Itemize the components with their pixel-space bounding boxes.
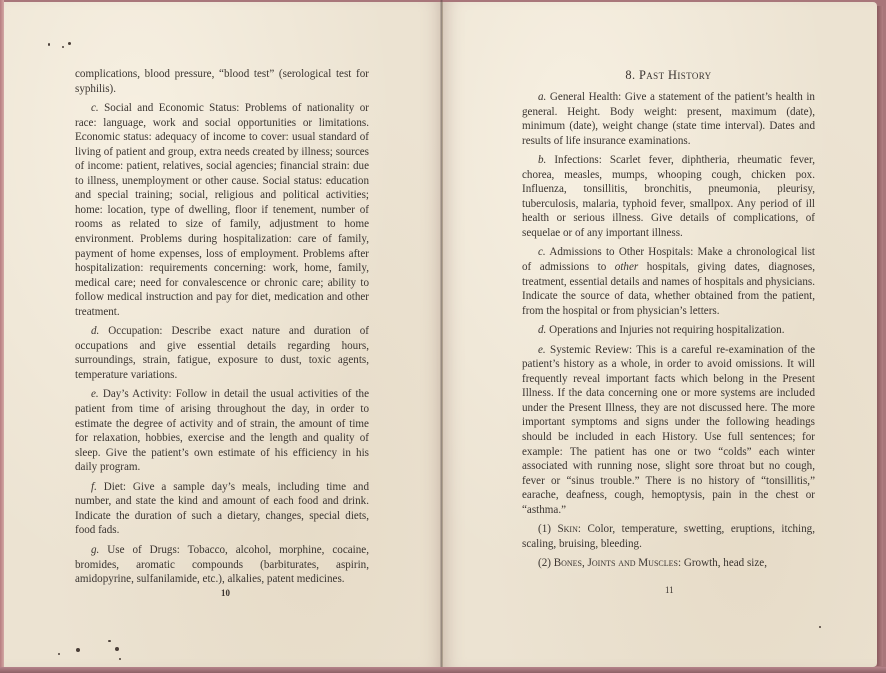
- item-label: Social and Economic Status:: [104, 102, 239, 114]
- page-number-right: 11: [665, 585, 674, 595]
- item-letter: a.: [538, 91, 546, 103]
- item-label: Use of Drugs:: [107, 544, 180, 556]
- paper-speck: [48, 43, 50, 46]
- paragraph-text: Follow in detail the usual activities of…: [75, 388, 369, 473]
- item-letter: e.: [538, 344, 546, 356]
- item-label: Skin:: [557, 523, 580, 535]
- paper-speck: [62, 46, 64, 48]
- item-number: (1): [538, 523, 551, 535]
- item-letter: d.: [538, 324, 546, 336]
- paragraph-text: Problems of nationality or race: languag…: [75, 102, 369, 318]
- right-page-text: 8. Past History a. General Health: Give …: [522, 67, 815, 576]
- item-label: Day’s Activity:: [103, 388, 172, 400]
- paper-speck: [58, 653, 60, 655]
- item-letter: c.: [538, 246, 546, 258]
- item-label: Operations and Injuries not requiring ho…: [549, 324, 784, 336]
- item-number: (2): [538, 557, 551, 569]
- paper-speck: [115, 647, 119, 651]
- paper-speck: [68, 42, 71, 45]
- paragraph-text: Scarlet fever, diphtheria, rheumatic fev…: [522, 154, 815, 239]
- paragraph-bones-joints-muscles: (2) Bones, Joints and Muscles: Growth, h…: [522, 556, 815, 571]
- item-letter: d.: [91, 325, 99, 337]
- item-letter: b.: [538, 154, 546, 166]
- left-page-text: complications, blood pressure, “blood te…: [75, 67, 369, 592]
- item-label: Bones, Joints and Muscles:: [554, 557, 681, 569]
- paper-speck: [108, 640, 111, 642]
- paragraph-use-of-drugs: g. Use of Drugs: Tobacco, alcohol, morph…: [75, 543, 369, 587]
- paragraph-days-activity: e. Day’s Activity: Follow in detail the …: [75, 387, 369, 474]
- paragraph-text: Growth, head size,: [684, 557, 767, 569]
- item-label: General Health:: [550, 91, 621, 103]
- paragraph-skin: (1) Skin: Color, temperature, swetting, …: [522, 522, 815, 551]
- paragraph-diet: f. Diet: Give a sample day’s meals, incl…: [75, 480, 369, 538]
- item-label: Occupation:: [108, 325, 162, 337]
- page-number-left: 10: [221, 588, 230, 598]
- paragraph-text: complications, blood pressure, “blood te…: [75, 68, 369, 95]
- item-label: Systemic Review:: [550, 344, 632, 356]
- paragraph-continuation: complications, blood pressure, “blood te…: [75, 67, 369, 96]
- item-letter: e.: [91, 388, 99, 400]
- item-label: Infections:: [554, 154, 601, 166]
- item-letter: f.: [91, 481, 97, 493]
- paragraph-occupation: d. Occupation: Describe exact nature and…: [75, 324, 369, 382]
- item-label: Admissions to Other Hospitals:: [549, 246, 693, 258]
- book-cover-edge-right: [877, 6, 883, 666]
- book-spine-crease: [440, 0, 443, 667]
- item-letter: c.: [91, 102, 99, 114]
- paragraph-general-health: a. General Health: Give a statement of t…: [522, 90, 815, 148]
- paragraph-text: This is a careful re-examination of the …: [522, 344, 815, 516]
- emphasized-word: other: [615, 261, 638, 273]
- section-heading: 8. Past History: [522, 67, 815, 83]
- book-cover-edge-bottom: [0, 667, 886, 673]
- paragraph-systemic-review: e. Systemic Review: This is a careful re…: [522, 343, 815, 518]
- paragraph-social-economic-status: c. Social and Economic Status: Problems …: [75, 101, 369, 319]
- paper-speck: [819, 626, 821, 628]
- item-letter: g.: [91, 544, 99, 556]
- paragraph-operations-injuries: d. Operations and Injuries not requiring…: [522, 323, 815, 338]
- paper-speck: [119, 658, 121, 660]
- paragraph-infections: b. Infections: Scarlet fever, diphtheria…: [522, 153, 815, 240]
- paper-speck: [76, 648, 80, 652]
- open-book: complications, blood pressure, “blood te…: [0, 0, 886, 673]
- paragraph-admissions-other-hospitals: c. Admissions to Other Hospitals: Make a…: [522, 245, 815, 318]
- item-label: Diet:: [104, 481, 126, 493]
